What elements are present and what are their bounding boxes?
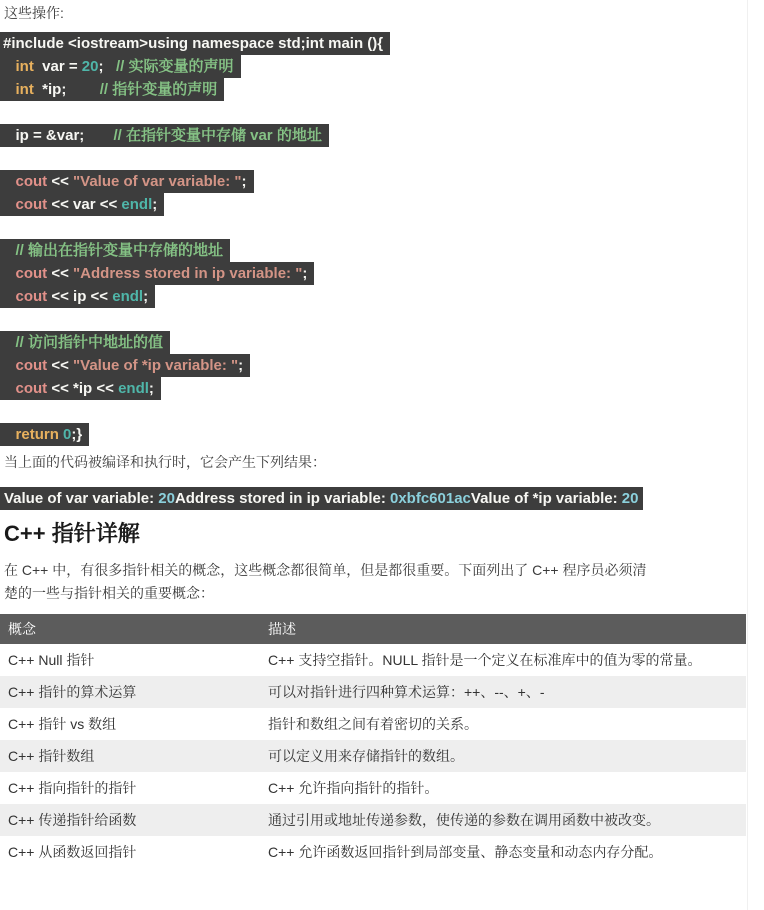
table-row: C++ 从函数返回指针C++ 允许函数返回指针到局部变量、静态变量和动态内存分配… (0, 836, 746, 868)
code-token: cout (16, 173, 48, 190)
code-token (3, 265, 16, 282)
concept-cell: C++ 指针 vs 数组 (0, 708, 260, 740)
code-token (3, 380, 16, 397)
concept-cell: C++ Null 指针 (0, 644, 260, 676)
code-token: // 在指针变量中存储 var 的地址 (113, 127, 321, 144)
concept-cell: C++ 指针数组 (0, 740, 260, 772)
code-token: << ip << (47, 288, 112, 305)
code-token: endl (112, 288, 143, 305)
description-cell: 可以对指针进行四种算术运算：++、--、+、- (260, 676, 746, 708)
code-token: "Value of *ip variable: " (73, 357, 238, 374)
table-row: C++ 指针的算术运算可以对指针进行四种算术运算：++、--、+、- (0, 676, 746, 708)
code-token: << (47, 357, 73, 374)
description-cell: C++ 允许函数返回指针到局部变量、静态变量和动态内存分配。 (260, 836, 746, 868)
code-token: ;} (71, 426, 82, 443)
code-line: ip = &var; // 在指针变量中存储 var 的地址 (0, 124, 329, 147)
compile-note-text: 当上面的代码被编译和执行时，它会产生下列结果： (4, 452, 746, 472)
concept-cell: C++ 指针的算术运算 (0, 676, 260, 708)
code-block: #include <iostream>using namespace std;i… (0, 32, 746, 446)
tutorial-page: 这些操作: #include <iostream>using namespace… (0, 0, 746, 910)
code-token: var = (34, 58, 82, 75)
description-cell: C++ 支持空指针。NULL 指针是一个定义在标准库中的值为零的常量。 (260, 644, 746, 676)
code-line: return 0;} (0, 423, 89, 446)
scrollbar-track[interactable] (747, 0, 748, 910)
code-token: << var << (47, 196, 121, 213)
code-line: #include <iostream>using namespace std;i… (0, 32, 390, 55)
code-token: ; (238, 357, 243, 374)
code-token: ; (242, 173, 247, 190)
code-token (3, 173, 16, 190)
description-cell: C++ 允许指向指针的指针。 (260, 772, 746, 804)
section-paragraph-line: 在 C++ 中，有很多指针相关的概念，这些概念都很简单，但是都很重要。下面列出了… (4, 559, 746, 582)
code-token: << (47, 265, 73, 282)
code-token: Value of *ip variable: (471, 490, 622, 507)
section-paragraph: 在 C++ 中，有很多指针相关的概念，这些概念都很简单，但是都很重要。下面列出了… (4, 559, 746, 605)
code-token: 0xbfc601ac (390, 490, 471, 507)
section-paragraph-line: 楚的一些与指针相关的重要概念： (4, 582, 746, 605)
table-row: C++ Null 指针C++ 支持空指针。NULL 指针是一个定义在标准库中的值… (0, 644, 746, 676)
code-token: ; (149, 380, 154, 397)
code-token: ip = &var; (3, 127, 113, 144)
code-token: // 指针变量的声明 (100, 81, 218, 98)
concepts-table-body: C++ Null 指针C++ 支持空指针。NULL 指针是一个定义在标准库中的值… (0, 644, 746, 868)
code-token (3, 242, 16, 259)
code-token: // 实际变量的声明 (116, 58, 234, 75)
code-token (3, 196, 16, 213)
concept-cell: C++ 传递指针给函数 (0, 804, 260, 836)
code-line: cout << *ip << endl; (0, 377, 161, 400)
code-line: int var = 20; // 实际变量的声明 (0, 55, 241, 78)
code-token: int (16, 81, 34, 98)
description-cell: 指针和数组之间有着密切的关系。 (260, 708, 746, 740)
code-token: 20 (622, 490, 639, 507)
code-token (3, 288, 16, 305)
description-cell: 可以定义用来存储指针的数组。 (260, 740, 746, 772)
code-token: *ip; (34, 81, 100, 98)
code-token: 20 (158, 490, 175, 507)
code-token: ; (143, 288, 148, 305)
code-token: int (16, 58, 34, 75)
code-line: cout << "Value of *ip variable: "; (0, 354, 250, 377)
code-token: cout (16, 196, 48, 213)
code-token: ; (98, 58, 116, 75)
code-token: cout (16, 265, 48, 282)
code-token: 20 (82, 58, 99, 75)
intro-text: 这些操作: (4, 0, 746, 23)
code-token: // 输出在指针变量中存储的地址 (16, 242, 224, 259)
table-header-row: 概念 描述 (0, 614, 746, 644)
code-token: << (47, 173, 73, 190)
concept-cell: C++ 指向指针的指针 (0, 772, 260, 804)
code-line: cout << "Address stored in ip variable: … (0, 262, 314, 285)
table-row: C++ 指向指针的指针C++ 允许指向指针的指针。 (0, 772, 746, 804)
code-token: #include <iostream>using namespace std;i… (3, 35, 383, 52)
table-header-concept: 概念 (0, 614, 260, 644)
code-line: cout << "Value of var variable: "; (0, 170, 254, 193)
code-line: cout << ip << endl; (0, 285, 155, 308)
program-output: Value of var variable: 20Address stored … (0, 487, 643, 510)
code-token: endl (118, 380, 149, 397)
concept-cell: C++ 从函数返回指针 (0, 836, 260, 868)
code-line: // 访问指针中地址的值 (0, 331, 170, 354)
table-header-description: 描述 (260, 614, 746, 644)
code-token: return (16, 426, 59, 443)
concepts-table: 概念 描述 C++ Null 指针C++ 支持空指针。NULL 指针是一个定义在… (0, 614, 746, 868)
code-token: cout (16, 357, 48, 374)
code-token: cout (16, 288, 48, 305)
code-token: endl (121, 196, 152, 213)
code-line: cout << var << endl; (0, 193, 164, 216)
code-token: cout (16, 380, 48, 397)
table-row: C++ 指针 vs 数组指针和数组之间有着密切的关系。 (0, 708, 746, 740)
code-token (3, 58, 16, 75)
table-row: C++ 传递指针给函数通过引用或地址传递参数，使传递的参数在调用函数中被改变。 (0, 804, 746, 836)
code-line: // 输出在指针变量中存储的地址 (0, 239, 230, 262)
code-token: // 访问指针中地址的值 (16, 334, 164, 351)
description-cell: 通过引用或地址传递参数，使传递的参数在调用函数中被改变。 (260, 804, 746, 836)
code-token: ; (302, 265, 307, 282)
code-token: ; (152, 196, 157, 213)
code-token: Address stored in ip variable: (175, 490, 390, 507)
code-token (3, 334, 16, 351)
code-token (3, 357, 16, 374)
page-title: C++ 指针详解 (4, 521, 746, 547)
code-token: "Address stored in ip variable: " (73, 265, 302, 282)
code-token (3, 426, 16, 443)
code-line: int *ip; // 指针变量的声明 (0, 78, 224, 101)
code-token: "Value of var variable: " (73, 173, 241, 190)
code-token: Value of var variable: (4, 490, 158, 507)
code-token: << *ip << (47, 380, 118, 397)
code-token (3, 81, 16, 98)
table-row: C++ 指针数组可以定义用来存储指针的数组。 (0, 740, 746, 772)
